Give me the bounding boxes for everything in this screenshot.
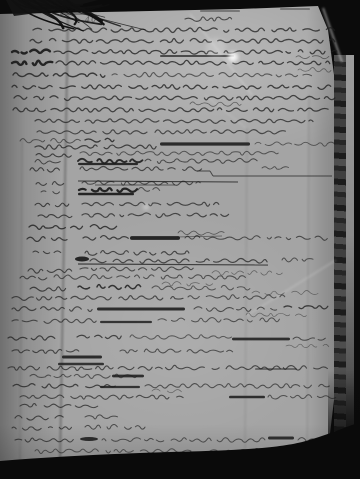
handwriting-ink <box>8 17 337 454</box>
binding-fibers <box>6 0 145 31</box>
handwriting-layer <box>0 0 360 479</box>
manuscript-photo: 40 <box>0 0 360 479</box>
ink-marks <box>58 8 332 441</box>
flash-highlights <box>26 38 238 466</box>
